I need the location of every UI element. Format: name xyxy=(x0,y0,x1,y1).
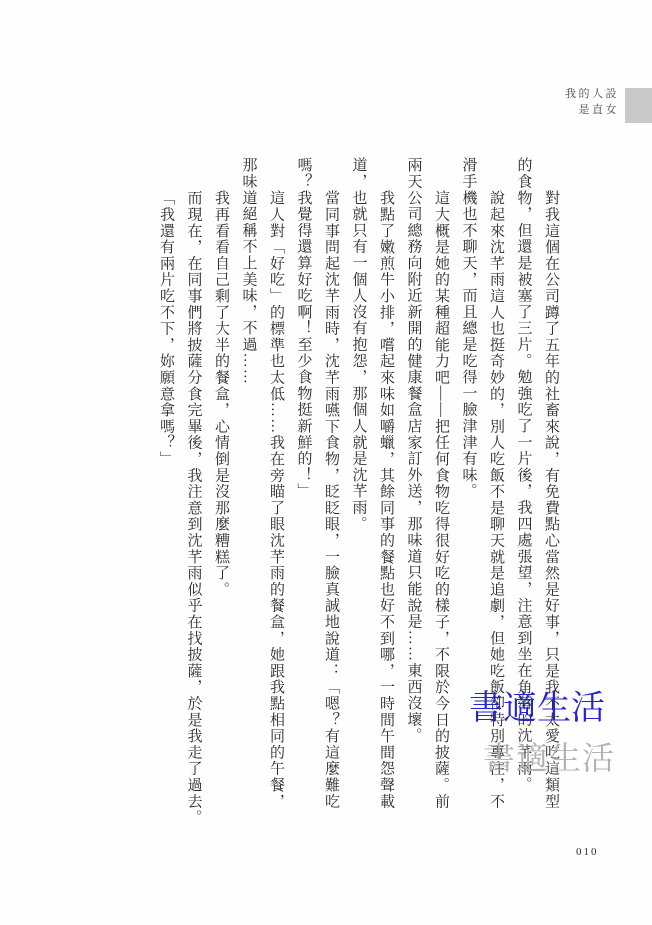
paragraph: 對我這個在公司蹲了五年的社畜來說，有免費點心當然是好事，只是我不太愛吃這類型的食… xyxy=(509,157,564,817)
paragraph: 而現在，在同事們將披薩分食完畢後，我注意到沈芊雨似乎在找披薩，於是我走了過去。 xyxy=(179,157,207,831)
body-text: 對我這個在公司蹲了五年的社畜來說，有免費點心當然是好事，只是我不太愛吃這類型的食… xyxy=(144,157,564,817)
running-header-line1: 我的人設 xyxy=(565,86,619,102)
running-header: 我的人設 是直女 xyxy=(565,86,619,118)
chapter-tab-block xyxy=(625,88,652,123)
paragraph: 我點了嫩煎牛小排，嚐起來味如嚼蠟，其餘同事的餐點也好不到哪，一時間午間怨聲載道，… xyxy=(344,157,399,817)
book-page: 我的人設 是直女 對我這個在公司蹲了五年的社畜來說，有免費點心當然是好事，只是我… xyxy=(0,0,652,925)
paragraph: 這人對「好吃」的標準也太低……我在旁瞄了眼沈芊雨的餐盒，她跟我點相同的午餐，那味… xyxy=(234,157,289,817)
paragraph: 我再看看自己剩了大半的餐盒，心情倒是沒那麼糟糕了。 xyxy=(207,157,235,817)
paragraph: 說起來沈芊雨這人也挺奇妙的，別人吃飯不是聊天就是追劇，但她吃飯卻特別專注，不滑手… xyxy=(454,157,509,817)
paragraph: 「我還有兩片吃不下，妳願意拿嗎？」 xyxy=(152,157,180,817)
page-number: 010 xyxy=(576,846,599,858)
paragraph: 這大概是她的某種超能力吧——把任何食物吃得很好吃的樣子，不限於今日的披薩。前兩天… xyxy=(399,157,454,817)
running-header-line2: 是直女 xyxy=(565,102,619,118)
paragraph: 當同事問起沈芊雨時，沈芊雨嚥下食物，眨眨眼，一臉真誠地說道：「嗯？有這麼難吃嗎？… xyxy=(289,157,344,817)
